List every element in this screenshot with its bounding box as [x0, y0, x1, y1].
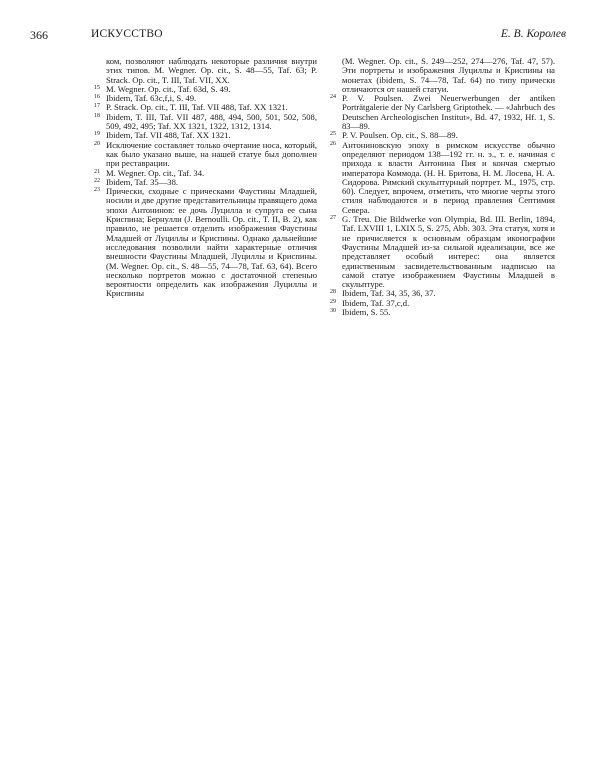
left-footnote-column: ком, позволяют наблюдать некоторые разли… [94, 57, 317, 299]
right-footnote-column: (M. Wegner. Op. cit., S. 249—252, 274—27… [330, 57, 555, 317]
footnote-text: Антониновскую эпоху в римском искусстве … [342, 141, 555, 215]
author-name: Е. В. Королев [501, 28, 566, 40]
footnote-number: 30 [330, 307, 336, 316]
footnote-number: 19 [94, 130, 100, 139]
footnote-20: 20Исключение составляет только очертание… [94, 141, 317, 169]
footnote-number: 20 [94, 140, 100, 149]
footnote-number: 24 [330, 93, 336, 102]
footnote-text: ком, позволяют наблюдать некоторые разли… [106, 57, 317, 85]
footnote-number: 25 [330, 130, 336, 139]
footnote-23: 23Прически, сходные с прическами Фаустин… [94, 187, 317, 299]
footnote-number: 18 [94, 112, 100, 121]
footnote-number: 22 [94, 177, 100, 186]
footnote-18: 18Ibidem, T. III, Taf. VII 487, 488, 494… [94, 113, 317, 132]
footnote-continuation: ком, позволяют наблюдать некоторые разли… [94, 57, 317, 85]
footnote-text: P. V. Poulsen. Zwei Neuerwerbungen der a… [342, 94, 555, 131]
footnote-text: Исключение составляет только очертание н… [106, 141, 317, 169]
page-number: 366 [30, 28, 48, 43]
footnote-text: (M. Wegner. Op. cit., S. 249—252, 274—27… [342, 57, 555, 94]
footnote-number: 15 [94, 84, 100, 93]
footnote-number: 28 [330, 288, 336, 297]
footnote-text: Ibidem, S. 55. [342, 308, 555, 317]
section-title: ИСКУССТВО [91, 28, 163, 40]
footnote-text: G. Treu. Die Bildwerke von Olympia, Bd. … [342, 215, 555, 289]
footnote-text: Прически, сходные с прическами Фаустины … [106, 187, 317, 299]
footnote-number: 16 [94, 93, 100, 102]
footnote-24: 24P. V. Poulsen. Zwei Neuerwerbungen der… [330, 94, 555, 131]
footnote-27: 27G. Treu. Die Bildwerke von Olympia, Bd… [330, 215, 555, 289]
running-header: 366 ИСКУССТВО Е. В. Королев [0, 28, 600, 44]
footnote-number: 27 [330, 214, 336, 223]
footnote-number: 17 [94, 102, 100, 111]
footnote-continuation: (M. Wegner. Op. cit., S. 249—252, 274—27… [330, 57, 555, 94]
footnote-number: 26 [330, 140, 336, 149]
footnote-number: 23 [94, 186, 100, 195]
footnote-text: Ibidem, T. III, Taf. VII 487, 488, 494, … [106, 113, 317, 132]
footnote-30: 30Ibidem, S. 55. [330, 308, 555, 317]
footnote-26: 26Антониновскую эпоху в римском искусств… [330, 141, 555, 215]
footnote-number: 29 [330, 298, 336, 307]
footnote-number: 21 [94, 168, 100, 177]
